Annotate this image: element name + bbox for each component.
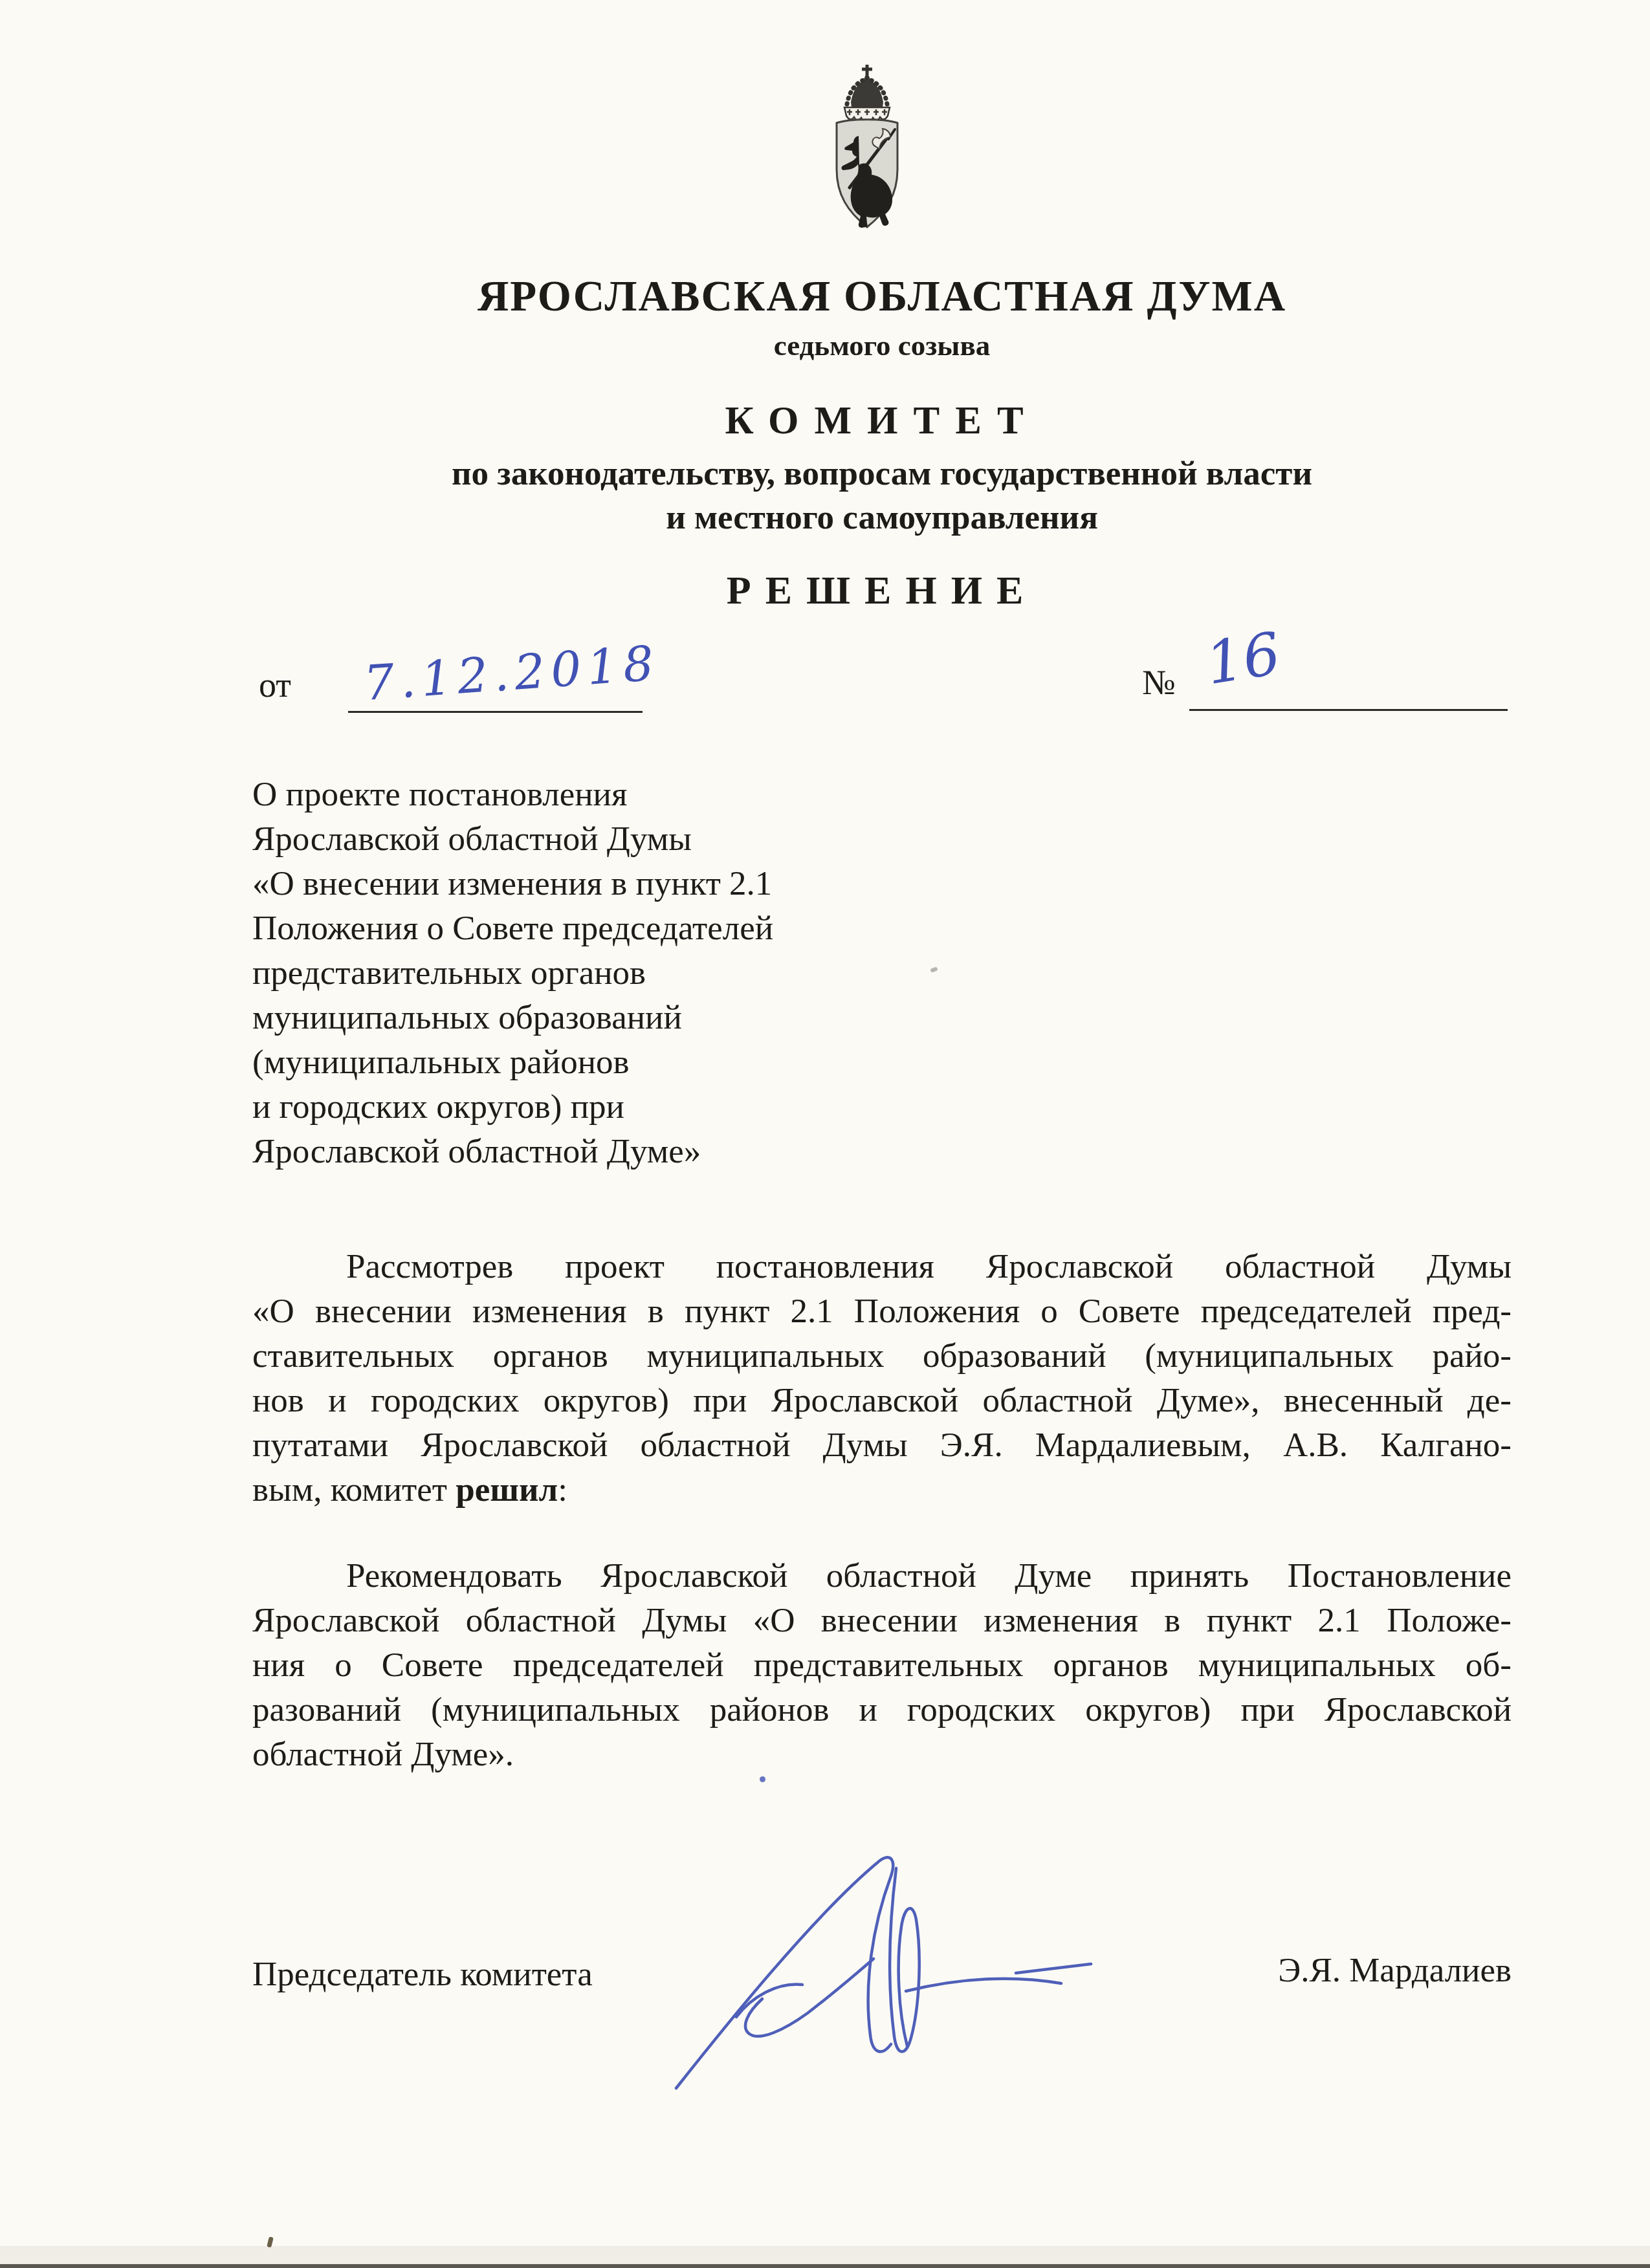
body-paragraph-line: разований (муниципальных районов и город… — [252, 1688, 1512, 1732]
body-paragraph-1: Рассмотрев проект постановления Ярославс… — [252, 1245, 1512, 1512]
number-handwritten-value: 16 — [1201, 620, 1285, 699]
organization-title: ЯРОСЛАВСКАЯ ОБЛАСТНАЯ ДУМА — [252, 272, 1512, 322]
date-label: от — [259, 665, 291, 705]
ink-speck — [760, 1776, 765, 1782]
body-paragraph-line: областной Думе». — [252, 1732, 1512, 1777]
number-underline — [1189, 709, 1508, 711]
body-paragraph-line: путатами Ярославской областной Думы Э.Я.… — [252, 1423, 1512, 1468]
committee-heading: КОМИТЕТ — [252, 398, 1512, 444]
signature-position-label: Председатель комитета — [252, 1955, 593, 1994]
number-label: № — [1142, 662, 1176, 703]
resolved-line-pre: вым, комитет — [252, 1471, 456, 1509]
yaroslavl-coat-of-arms-icon — [817, 61, 917, 230]
subject-line: О проекте постановления — [252, 772, 938, 817]
body-paragraph-2: Рекомендовать Ярославской областной Думе… — [252, 1554, 1512, 1777]
subject-line: Ярославской областной Думе» — [252, 1129, 938, 1174]
subject-line: (муниципальных районов — [252, 1040, 938, 1085]
signature-autograph — [602, 1829, 1132, 2114]
body-paragraph-line: нов и городских округов) при Ярославской… — [252, 1379, 1512, 1423]
body-paragraph-line: «О внесении изменения в пункт 2.1 Положе… — [252, 1289, 1512, 1334]
committee-scope-line-1: по законодательству, вопросам государств… — [252, 454, 1512, 493]
subject-line: муниципальных образований — [252, 996, 938, 1040]
subject-line: Ярославской областной Думы — [252, 817, 938, 862]
subject-line: «О внесении изменения в пункт 2.1 — [252, 862, 938, 906]
subject-line: Положения о Совете председателей — [252, 906, 938, 951]
date-handwritten-value: 7.12.2018 — [362, 635, 662, 712]
scan-bottom-edge — [0, 2264, 1650, 2268]
convocation-subtitle: седьмого созыва — [252, 329, 1512, 362]
body-paragraph-line: ния о Совете председателей представитель… — [252, 1643, 1512, 1688]
signatory-name: Э.Я. Мардалиев — [1223, 1951, 1512, 1990]
committee-scope-line-2: и местного самоуправления — [252, 498, 1512, 537]
body-paragraph-line: Ярославской областной Думы «О внесении и… — [252, 1598, 1512, 1643]
date-underline — [348, 711, 643, 713]
body-paragraph-line: Рассмотрев проект постановления Ярославс… — [252, 1245, 1512, 1289]
subject-block: О проекте постановления Ярославской обла… — [252, 772, 938, 1174]
body-paragraph-line: вым, комитет решил: — [252, 1468, 1512, 1512]
document-page: ЯРОСЛАВСКАЯ ОБЛАСТНАЯ ДУМА седьмого созы… — [0, 0, 1650, 2268]
body-paragraph-line: Рекомендовать Ярославской областной Думе… — [252, 1554, 1512, 1598]
subject-line: представительных органов — [252, 951, 938, 996]
resolved-line-post: : — [558, 1471, 567, 1509]
body-paragraph-line: ставительных органов муниципальных образ… — [252, 1334, 1512, 1379]
subject-line: и городских округов) при — [252, 1085, 938, 1129]
document-type-heading: РЕШЕНИЕ — [252, 568, 1512, 614]
scan-bottom-band — [0, 2246, 1650, 2264]
resolved-bold-word: решил — [456, 1471, 558, 1509]
